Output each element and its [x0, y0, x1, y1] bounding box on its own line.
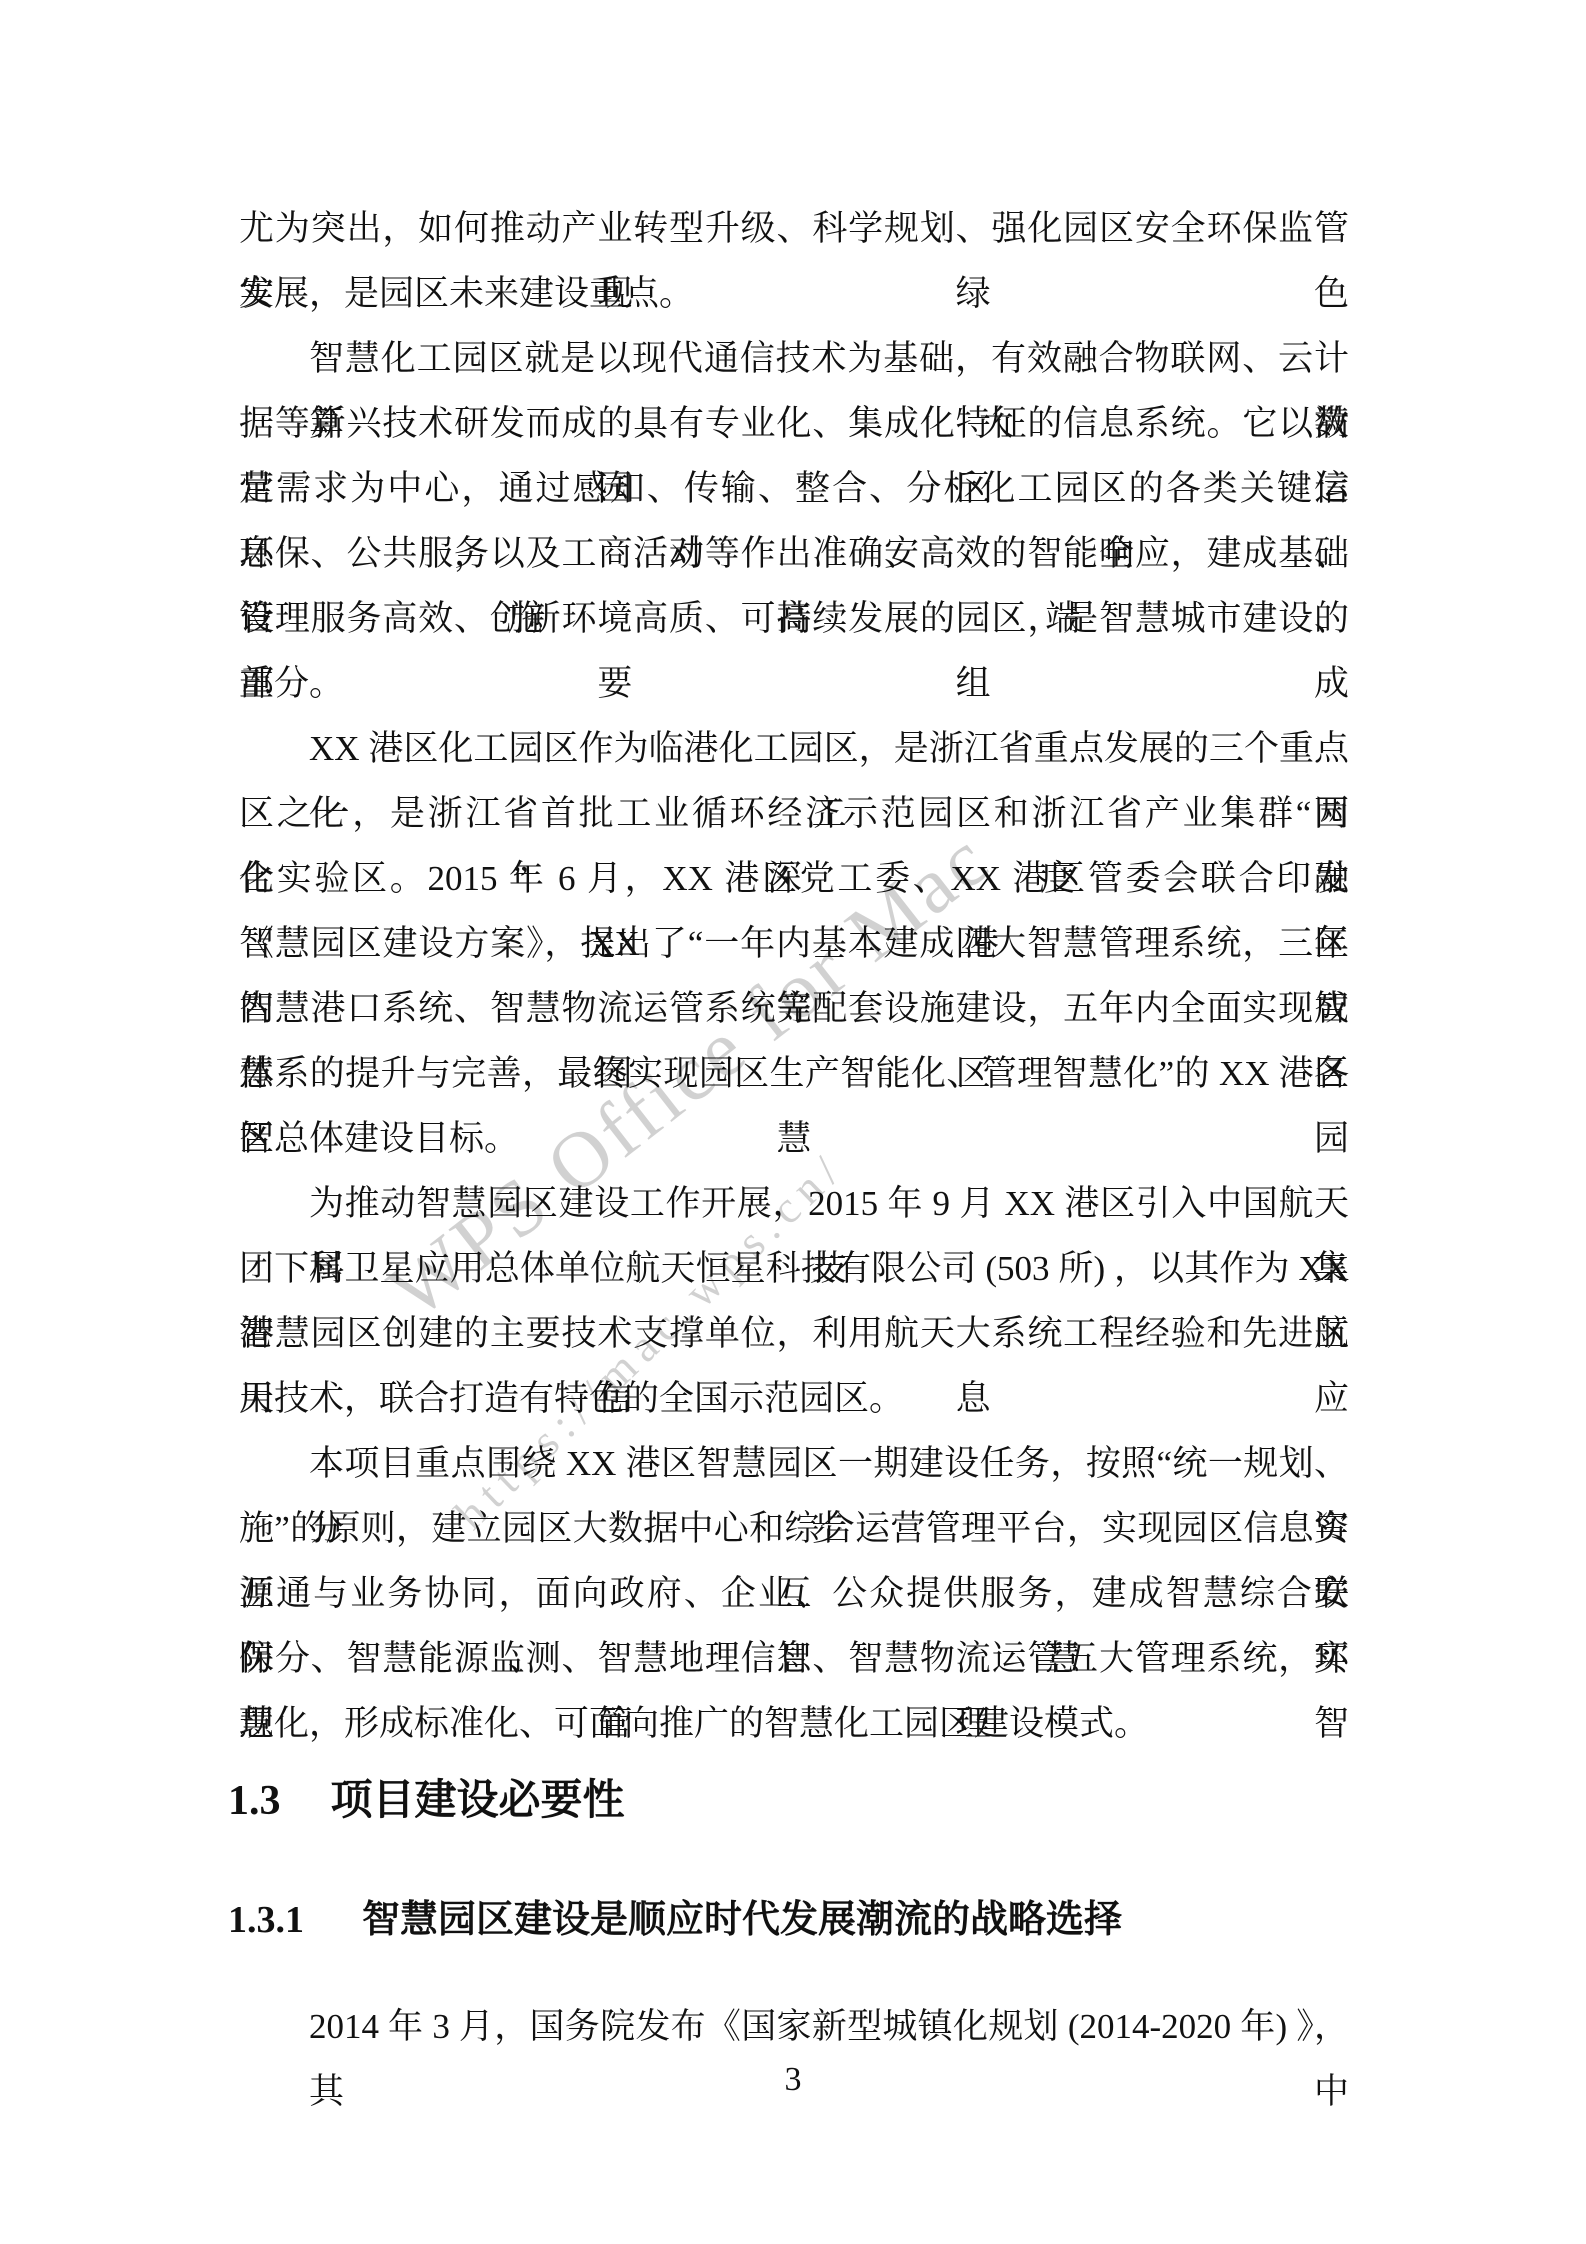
body-text-line: 智慧化工园区就是以现代通信技术为基础，有效融合物联网、云计算、大数	[239, 326, 1349, 391]
section-number: 1.3	[228, 1778, 281, 1824]
subsection-title: 智慧园区建设是顺应时代发展潮流的战略选择	[362, 1899, 1122, 1941]
body-text-line: 本项目重点围绕 XX 港区智慧园区一期建设任务，按照“统一规划、分步实	[239, 1431, 1349, 1496]
body-text-line: 施”的原则，建立园区大数据中心和综合运营管理平台，实现园区信息资源互联	[239, 1496, 1349, 1561]
body-text-line: 合实验区。2015 年 6 月，XX 港区党工委、XX 港区管委会联合印发《XX…	[239, 846, 1349, 911]
body-text-line: 营需求为中心，通过感知、传输、整合、分析化工园区的各类关键信息，对安全、	[239, 456, 1349, 521]
body-text-line: 智慧港口系统、智慧物流运管系统等配套设施建设，五年内全面实现智慧园区各	[239, 976, 1349, 1041]
section-title: 项目建设必要性	[331, 1778, 625, 1824]
subsection-number: 1.3.1	[228, 1899, 304, 1941]
body-text-line: 为推动智慧园区建设工作开展，2015 年 9 月 XX 港区引入中国航天科技集	[239, 1171, 1349, 1236]
document-page: WPS Office for Mac https://mac.wps.cn/ 尤…	[0, 0, 1586, 2244]
body-text-line: 据等新兴技术研发而成的具有专业化、集成化特征的信息系统。它以满足园区运	[239, 391, 1349, 456]
body-text-line: 智慧园区建设方案》，提出了“一年内基本建成四大智慧管理系统，三年内完成	[239, 911, 1349, 976]
body-text-line: XX 港区化工园区作为临港化工园区，是浙江省重点发展的三个重点化工园	[239, 716, 1349, 781]
tail-paragraph: 2014 年 3 月，国务院发布《国家新型城镇化规划 (2014-2020 年)…	[239, 1994, 1349, 2059]
body-text-line: 2014 年 3 月，国务院发布《国家新型城镇化规划 (2014-2020 年)…	[239, 1994, 1349, 2059]
body-text: 尤为突出，如何推动产业转型升级、科学规划、强化园区安全环保监管实现绿色发展，是园…	[239, 196, 1349, 1756]
body-text-line: 团下属卫星应用总体单位航天恒星科技有限公司 (503 所) ，以其作为 XX 港…	[239, 1236, 1349, 1301]
body-text-line: 环保、公共服务以及工商活动等作出准确、高效的智能响应，建成基础设施高端、	[239, 521, 1349, 586]
body-text-line: 区之一，是浙江省首批工业循环经济示范园区和浙江省产业集群“两化”深度融	[239, 781, 1349, 846]
body-text-line: 智慧园区创建的主要技术支撑单位，利用航天大系统工程经验和先进航天信息应	[239, 1301, 1349, 1366]
subsection-heading: 1.3.1智慧园区建设是顺应时代发展潮流的战略选择	[228, 1894, 1122, 1946]
page-number: 3	[0, 2058, 1586, 2102]
body-text-line: 体系的提升与完善，最终实现园区生产智能化、管理智慧化”的 XX 港区智慧园	[239, 1041, 1349, 1106]
body-text-line: 互通与业务协同，面向政府、企业、公众提供服务，建成智慧综合安防、智慧环	[239, 1561, 1349, 1626]
body-text-line: 管理服务高效、创新环境高质、可持续发展的园区，是智慧城市建设的重要组成	[239, 586, 1349, 651]
section-heading: 1.3项目建设必要性	[228, 1771, 625, 1831]
body-text-line: 尤为突出，如何推动产业转型升级、科学规划、强化园区安全环保监管实现绿色	[239, 196, 1349, 261]
body-text-line: 保分、智慧能源监测、智慧地理信息、智慧物流运管五大管理系统，实现管理智	[239, 1626, 1349, 1691]
